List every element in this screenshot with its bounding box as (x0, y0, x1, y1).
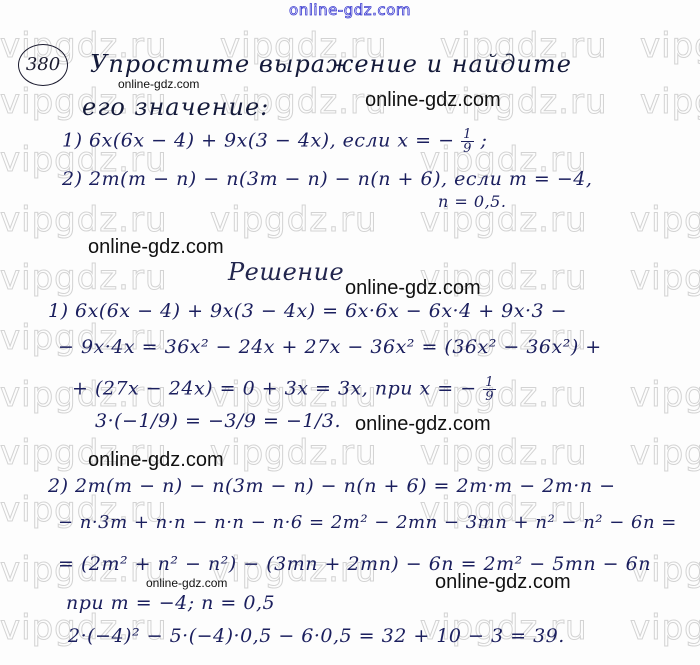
watermark-vipgdz: vipgdz.ru (630, 433, 700, 473)
task-number: 380 (18, 44, 68, 86)
watermark-online-gdz: online-gdz.com (88, 449, 224, 472)
problem-item-2-n: n = 0,5. (438, 192, 506, 211)
watermark-online-gdz: online-gdz.com (435, 571, 571, 594)
watermark-online-gdz: online-gdz.com (345, 277, 481, 300)
fraction: 19 (461, 128, 474, 155)
solution-2-line-4: при m = −4; n = 0,5 (66, 592, 275, 614)
watermark-vipgdz: vipgdz.ru (630, 608, 700, 648)
watermark-vipgdz: vipgdz.ru (210, 200, 378, 240)
fraction: 19 (483, 376, 496, 403)
problem-title-line2: его значение: (82, 93, 269, 121)
watermark-online-gdz: online-gdz.com (146, 576, 227, 590)
watermark-top: online-gdz.com (0, 1, 700, 19)
watermark-vipgdz: vipgdz.ru (210, 433, 378, 473)
homework-scan: vipgdz.ru vipgdz.ru vipgdz.ru vipgdz.ru … (0, 0, 700, 665)
problem-title-line1: Упростите выражение и найдите (90, 50, 572, 78)
watermark-vipgdz: vipgdz.ru (0, 200, 168, 240)
watermark-vipgdz: vipgdz.ru (630, 375, 700, 415)
watermark-online-gdz: online-gdz.com (88, 236, 224, 259)
problem-item-2: 2) 2m(m − n) − n(3m − n) − n(n + 6), есл… (62, 168, 592, 190)
watermark-vipgdz: vipgdz.ru (630, 200, 700, 240)
solution-1-line-1: 1) 6x(6x − 4) + 9x(3 − 4x) = 6x·6x − 6x·… (48, 300, 567, 322)
solution-2-line-1: 2) 2m(m − n) − n(3m − n) − n(n + 6) = 2m… (48, 475, 616, 497)
watermark-vipgdz: vipgdz.ru (640, 82, 700, 122)
problem-item-1: 1) 6x(6x − 4) + 9x(3 − 4x), если x = − 1… (62, 128, 487, 155)
solution-1-line-3: + (27x − 24x) = 0 + 3x = 3x, при x = − 1… (72, 376, 496, 403)
solution-1-line-4: 3·(−1/9) = −3/9 = −1/3. (95, 410, 341, 432)
watermark-online-gdz: online-gdz.com (365, 89, 501, 112)
solution-1-line-2: − 9x·4x = 36x² − 24x + 27x − 36x² = (36x… (58, 336, 602, 358)
watermark-vipgdz: vipgdz.ru (0, 258, 168, 298)
solution-2-line-2: − n·3m + n·n − n·n − n·6 = 2m² − 2mn − 3… (58, 512, 677, 533)
problem-item-1-text: 1) 6x(6x − 4) + 9x(3 − 4x), если x = − (62, 130, 455, 152)
watermark-online-gdz: online-gdz.com (118, 77, 199, 91)
watermark-vipgdz: vipgdz.ru (630, 258, 700, 298)
watermark-vipgdz: vipgdz.ru (420, 433, 588, 473)
solution-2-line-5: 2·(−4)² − 5·(−4)·0,5 − 6·0,5 = 32 + 10 −… (68, 625, 565, 647)
watermark-online-gdz: online-gdz.com (355, 413, 491, 436)
watermark-vipgdz: vipgdz.ru (640, 26, 700, 66)
solution-heading: Решение (228, 258, 344, 286)
